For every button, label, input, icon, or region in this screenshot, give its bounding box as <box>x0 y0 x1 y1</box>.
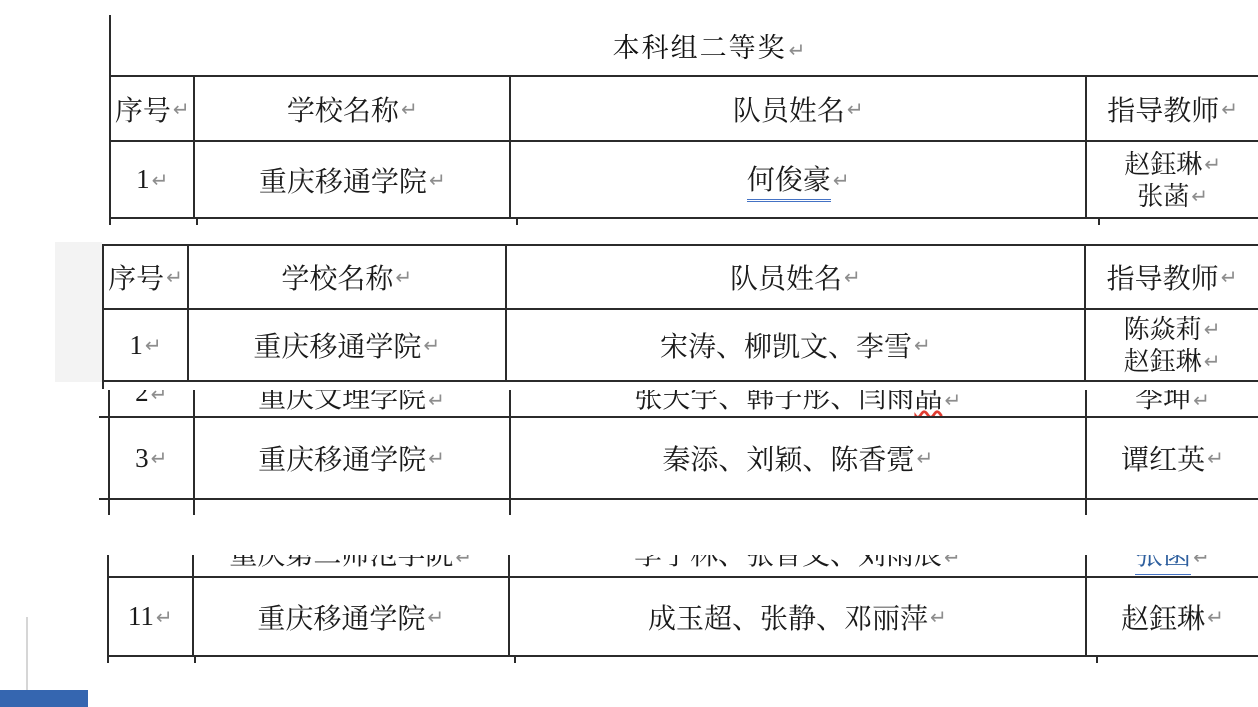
teacher-cell[interactable]: 陈焱莉↵ 赵鈺琳↵ <box>1084 310 1258 380</box>
header-teacher-cell[interactable]: 指导教师↵ <box>1085 77 1258 140</box>
paragraph-mark-icon: ↵ <box>1207 446 1224 470</box>
paragraph-mark-icon: ↵ <box>151 390 168 406</box>
table-border-stub <box>107 657 109 663</box>
header-school-cell[interactable]: 学校名称↵ <box>187 246 505 308</box>
table-left-border <box>109 15 111 77</box>
members-cell[interactable]: 成玉超、张静、邓丽萍↵ <box>508 578 1085 655</box>
page-edge-shading <box>55 242 102 382</box>
paragraph-mark-icon: ↵ <box>455 555 472 569</box>
table-header-row: 序号↵ 学校名称↵ 队员姓名↵ 指导教师↵ <box>102 244 1258 308</box>
page-title-text: 本科组二等奖 <box>613 33 787 63</box>
paragraph-mark-icon: ↵ <box>1193 390 1210 412</box>
school-cell[interactable]: 重庆移通学院↵ <box>187 310 505 380</box>
row-number-cell[interactable] <box>107 555 192 576</box>
paragraph-mark-icon: ↵ <box>173 97 190 121</box>
table-header-row: 序号↵ 学校名称↵ 队员姓名↵ 指导教师↵ <box>109 75 1258 140</box>
page-title[interactable]: 本科组二等奖↵ <box>300 26 1120 66</box>
paragraph-mark-icon: ↵ <box>166 265 183 289</box>
paragraph-mark-icon: ↵ <box>833 168 850 192</box>
paragraph-mark-icon: ↵ <box>145 333 162 357</box>
paragraph-mark-icon: ↵ <box>844 265 861 289</box>
hyperlinked-name[interactable]: 张菡 <box>1135 555 1191 576</box>
row-number-cell[interactable]: 1↵ <box>109 142 193 217</box>
table-border-tick <box>99 498 108 500</box>
paragraph-mark-icon: ↵ <box>930 605 947 629</box>
hyperlinked-name[interactable]: 何俊豪 <box>747 158 831 202</box>
table-row: 1↵ 重庆移通学院↵ 宋涛、柳凯文、李雪↵ 陈焱莉↵ 赵鈺琳↵ <box>102 308 1258 380</box>
paragraph-mark-icon: ↵ <box>1204 313 1221 345</box>
table-row-clipped <box>108 498 1258 515</box>
table-fragment-2: 序号↵ 学校名称↵ 队员姓名↵ 指导教师↵ 1↵ 重庆移通学院↵ 宋涛、柳凯文、… <box>102 244 1258 382</box>
table-border-stub <box>1096 657 1098 663</box>
header-no-cell[interactable]: 序号↵ <box>109 77 193 140</box>
paragraph-mark-icon: ↵ <box>789 38 808 62</box>
teacher-cell[interactable]: 张菡↵ <box>1085 555 1258 576</box>
teacher-cell[interactable]: 谭红英↵ <box>1085 418 1258 498</box>
table-border-tick <box>99 416 108 418</box>
table-border-stub <box>516 219 518 225</box>
table-fragment-1: 序号↵ 学校名称↵ 队员姓名↵ 指导教师↵ 1↵ 重庆移通学院↵ 何俊豪↵ 赵鈺… <box>109 75 1258 219</box>
paragraph-mark-icon: ↵ <box>914 333 931 357</box>
row-number-cell[interactable]: 11↵ <box>107 578 192 655</box>
paragraph-mark-icon: ↵ <box>944 390 961 412</box>
table-fragment-4: 重庆第二师范学院↵ 李子林、张晋文、刘雨辰↵ 张菡↵ 11↵ 重庆移通学院↵ 成… <box>107 555 1258 657</box>
table-row-clipped: 重庆第二师范学院↵ 李子林、张晋文、刘雨辰↵ 张菡↵ <box>107 555 1258 576</box>
header-members-cell[interactable]: 队员姓名↵ <box>509 77 1085 140</box>
paragraph-mark-icon: ↵ <box>401 97 418 121</box>
paragraph-mark-icon: ↵ <box>428 390 445 412</box>
members-cell[interactable]: 李子林、张晋文、刘雨辰↵ <box>508 555 1085 576</box>
table-fragment-3: 2↵ 重庆文理学院↵ 张天宇、韩子彤、闫雨晶↵ 李坤↵ 3↵ 重庆移通学院↵ 秦… <box>108 390 1258 515</box>
row-number-cell[interactable]: 2↵ <box>108 390 193 416</box>
paragraph-mark-icon: ↵ <box>1193 555 1210 569</box>
row-number-cell[interactable]: 3↵ <box>108 418 193 498</box>
paragraph-mark-icon: ↵ <box>423 333 440 357</box>
members-cell[interactable]: 秦添、刘颖、陈香霓↵ <box>509 418 1085 498</box>
paragraph-mark-icon: ↵ <box>944 555 961 569</box>
paragraph-mark-icon: ↵ <box>1204 345 1221 377</box>
school-cell[interactable]: 重庆第二师范学院↵ <box>192 555 508 576</box>
table-row: 1↵ 重庆移通学院↵ 何俊豪↵ 赵鈺琳↵ 张菡↵ <box>109 140 1258 217</box>
paragraph-mark-icon: ↵ <box>152 168 169 192</box>
page-edge-line <box>26 617 28 693</box>
table-border-stub <box>1098 219 1100 225</box>
paragraph-mark-icon: ↵ <box>151 446 168 470</box>
header-no-cell[interactable]: 序号↵ <box>102 246 187 308</box>
spellcheck-underlined-text: 晶 <box>914 390 942 413</box>
paragraph-mark-icon: ↵ <box>1221 265 1238 289</box>
paragraph-mark-icon: ↵ <box>395 265 412 289</box>
header-teacher-cell[interactable]: 指导教师↵ <box>1084 246 1258 308</box>
school-cell[interactable]: 重庆移通学院↵ <box>193 142 509 217</box>
table-row-clipped: 2↵ 重庆文理学院↵ 张天宇、韩子彤、闫雨晶↵ 李坤↵ <box>108 390 1258 416</box>
paragraph-mark-icon: ↵ <box>1204 148 1221 180</box>
table-border-stub <box>514 657 516 663</box>
members-cell[interactable]: 张天宇、韩子彤、闫雨晶↵ <box>509 390 1085 416</box>
paragraph-mark-icon: ↵ <box>847 97 864 121</box>
header-school-cell[interactable]: 学校名称↵ <box>193 77 509 140</box>
paragraph-mark-icon: ↵ <box>429 168 446 192</box>
header-members-cell[interactable]: 队员姓名↵ <box>505 246 1085 308</box>
table-row: 11↵ 重庆移通学院↵ 成玉超、张静、邓丽萍↵ 赵鈺琳↵ <box>107 576 1258 655</box>
paragraph-mark-icon: ↵ <box>916 446 933 470</box>
school-cell[interactable]: 重庆文理学院↵ <box>193 390 509 416</box>
paragraph-mark-icon: ↵ <box>1207 605 1224 629</box>
teacher-cell[interactable]: 李坤↵ <box>1085 390 1258 416</box>
members-cell[interactable]: 宋涛、柳凯文、李雪↵ <box>505 310 1085 380</box>
taskbar-fragment <box>0 690 88 707</box>
paragraph-mark-icon: ↵ <box>428 446 445 470</box>
paragraph-mark-icon: ↵ <box>1221 97 1238 121</box>
paragraph-mark-icon: ↵ <box>156 605 173 629</box>
table-border-stub <box>102 382 104 389</box>
table-border-stub <box>194 657 196 663</box>
table-border-stub <box>196 219 198 225</box>
table-row: 3↵ 重庆移通学院↵ 秦添、刘颖、陈香霓↵ 谭红英↵ <box>108 416 1258 498</box>
teacher-cell[interactable]: 赵鈺琳↵ 张菡↵ <box>1085 142 1258 217</box>
school-cell[interactable]: 重庆移通学院↵ <box>192 578 508 655</box>
paragraph-mark-icon: ↵ <box>427 605 444 629</box>
row-number-cell[interactable]: 1↵ <box>102 310 187 380</box>
paragraph-mark-icon: ↵ <box>1191 180 1208 212</box>
school-cell[interactable]: 重庆移通学院↵ <box>193 418 509 498</box>
teacher-cell[interactable]: 赵鈺琳↵ <box>1085 578 1258 655</box>
members-cell[interactable]: 何俊豪↵ <box>509 142 1085 217</box>
table-border-stub <box>109 219 111 225</box>
